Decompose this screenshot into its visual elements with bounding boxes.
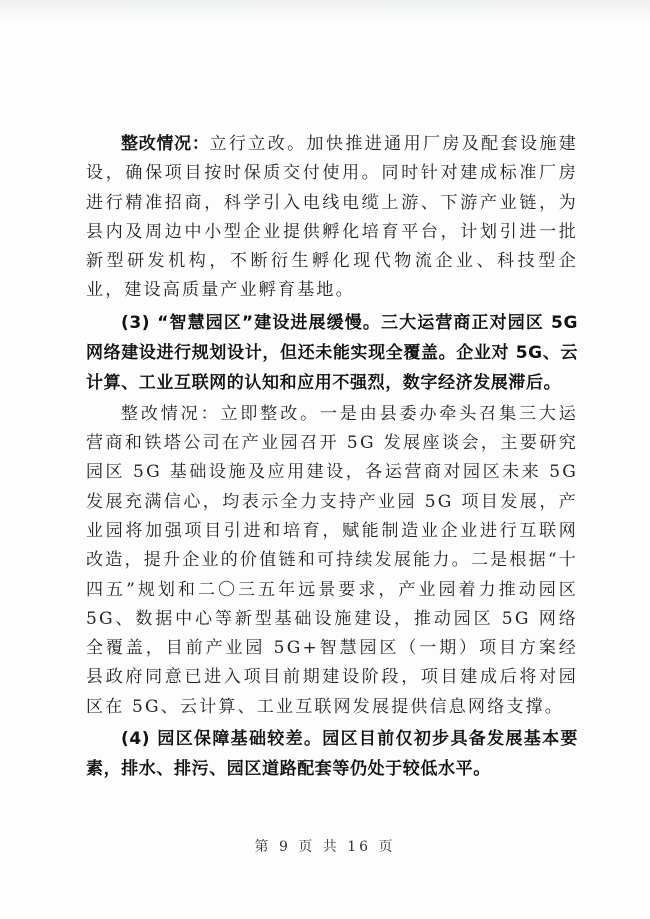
rectification-lead: 整改情况： — [121, 134, 210, 154]
issue-heading-3: (3) “智慧园区”建设进展缓慢。三大运营商正对园区 5G 网络建设进行规划设计… — [86, 308, 578, 398]
paragraph-text: 立行立改。加快推进通用厂房及配套设施建设，确保项目按时保质交付使用。同时针对建成… — [86, 134, 578, 300]
document-body: 整改情况：立行立改。加快推进通用厂房及配套设施建设，确保项目按时保质交付使用。同… — [86, 130, 578, 784]
document-page: 整改情况：立行立改。加快推进通用厂房及配套设施建设，确保项目按时保质交付使用。同… — [0, 0, 650, 919]
rectification-paragraph-2: 整改情况：立即整改。一是由县委办牵头召集三大运营商和铁塔公司在产业园召开 5G … — [86, 400, 578, 722]
issue-heading-4: (4) 园区保障基础较差。园区目前仅初步具备发展基本要素，排水、排污、园区道路配… — [86, 724, 578, 784]
rectification-paragraph-1: 整改情况：立行立改。加快推进通用厂房及配套设施建设，确保项目按时保质交付使用。同… — [86, 130, 578, 306]
rectification-lead: 整改情况： — [121, 404, 221, 424]
scan-edge-shadow — [0, 0, 650, 22]
paragraph-text: 立即整改。一是由县委办牵头召集三大运营商和铁塔公司在产业园召开 5G 发展座谈会… — [86, 404, 578, 717]
page-number-footer: 第 9 页 共 16 页 — [0, 836, 650, 856]
